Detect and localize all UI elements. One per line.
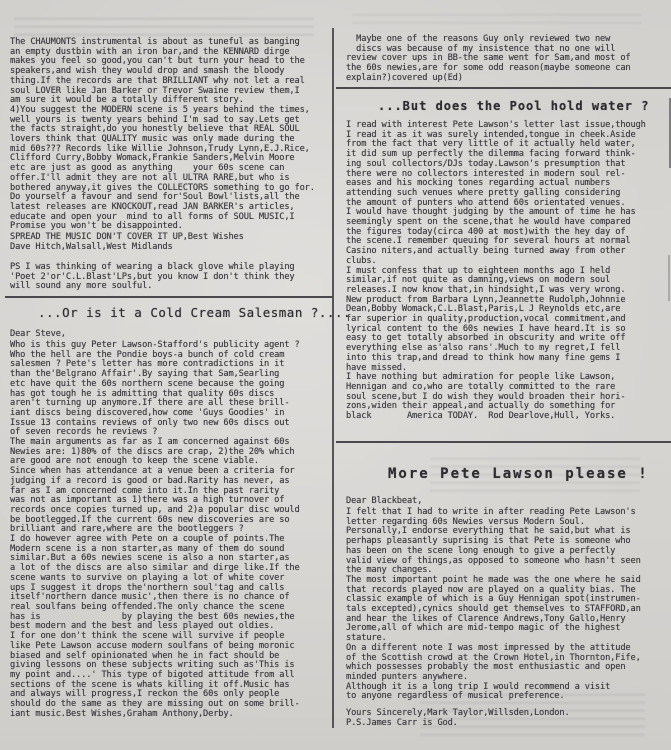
letter-chaumonts-postscript: PS I was thinking of wearing a black glo… [10, 263, 332, 292]
letter-cold-cream-body: Who is this guy Peter Lawson-Stafford's … [10, 341, 332, 719]
section-heading-more-lawson: More Pete Lawson please ! [388, 466, 649, 482]
bleedthrough-smudge [14, 12, 314, 36]
letter-chaumonts-body: The CHAUMONTS instrumental is about as t… [10, 38, 332, 232]
section-rule-right-top [336, 87, 671, 89]
scan-edge-artifact [668, 255, 670, 301]
letter-more-lawson-salutation: Dear Blackbeat, [346, 497, 666, 507]
column-divider [332, 28, 334, 728]
letter-chaumonts-signoff: SPREAD THE MUSIC DON'T COVER IT UP,Best … [10, 233, 332, 252]
section-heading-cold-cream: ...Or is it a Cold Cream Salesman ?.... [38, 305, 351, 320]
editor-note: Maybe one of the reasons Guy only review… [346, 35, 666, 84]
bleedthrough-smudge [352, 8, 642, 28]
letter-more-lawson-signoff: Yours Sincerely,Mark Taylor,Willsden,Lon… [346, 709, 666, 728]
letter-pool-body: I read with interest Pete Lawson's lette… [346, 121, 666, 422]
section-rule-left [5, 296, 333, 298]
section-heading-pool: ...But does the Pool hold water ? [378, 99, 649, 113]
letter-cold-cream-salutation: Dear Steve, [10, 330, 332, 340]
fanzine-page: The CHAUMONTS instrumental is about as t… [0, 0, 671, 750]
section-rule-right-mid [336, 441, 671, 443]
letter-more-lawson-body: I felt that I had to write in after read… [346, 508, 666, 702]
